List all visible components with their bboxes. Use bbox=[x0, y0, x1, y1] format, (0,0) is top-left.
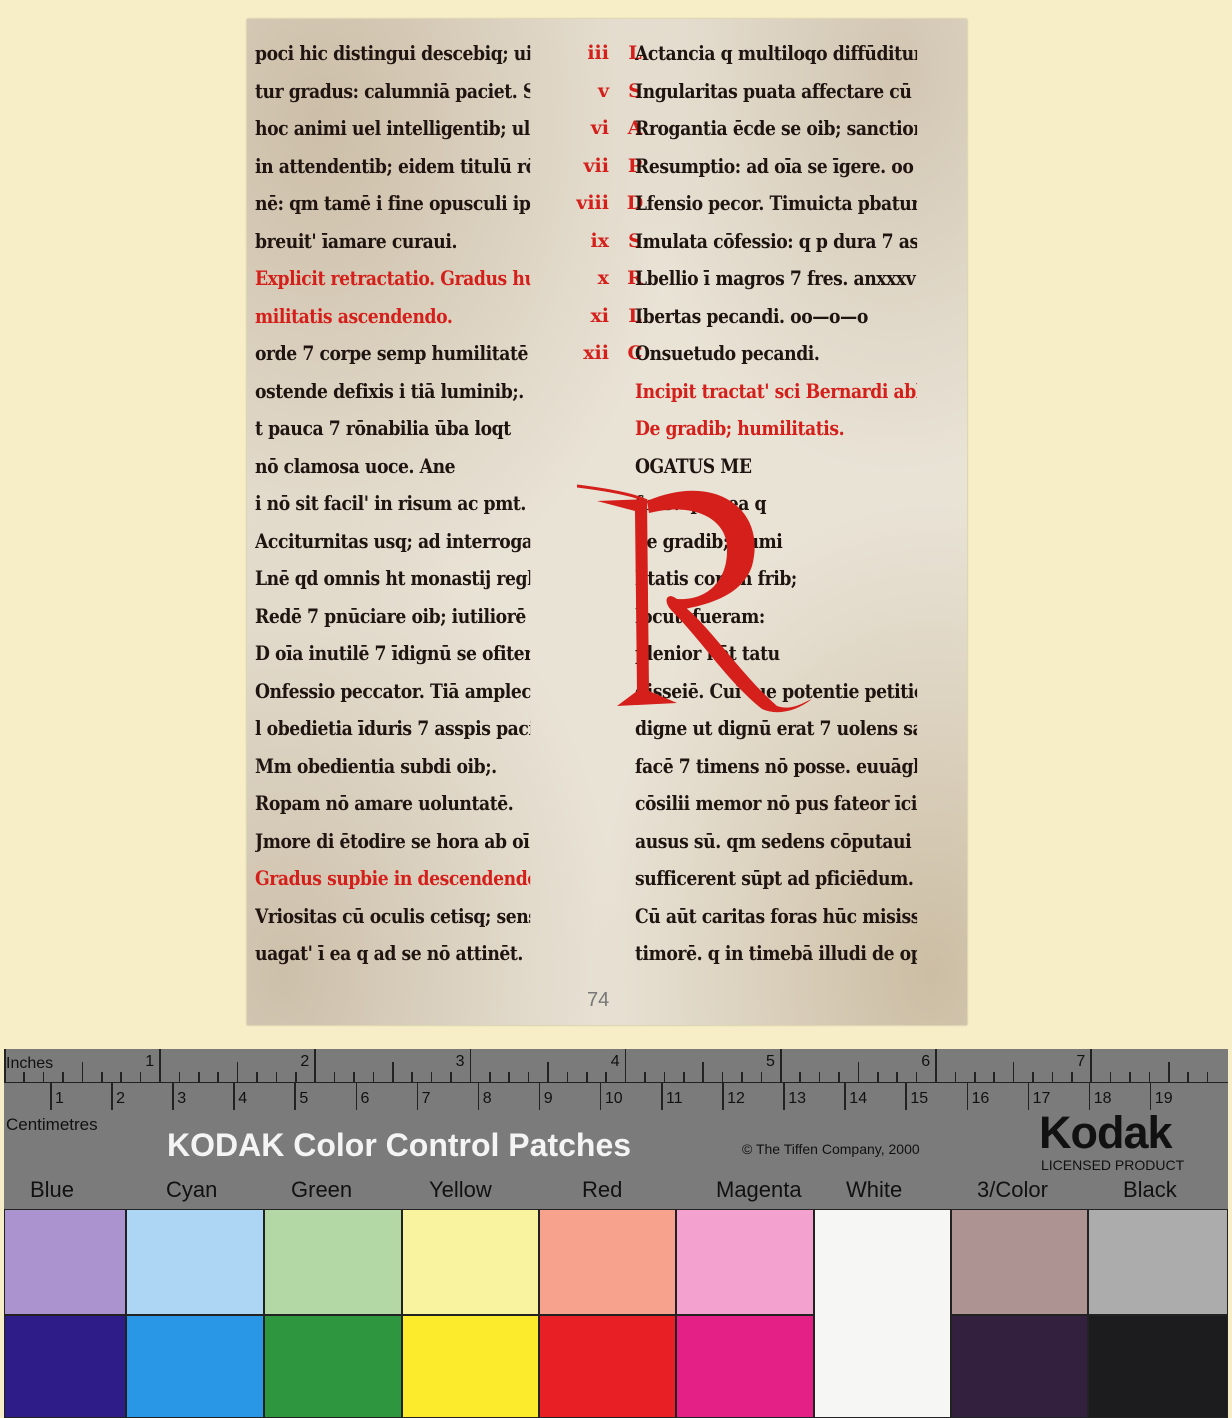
color-patch-dark bbox=[126, 1315, 264, 1418]
ruler-tick bbox=[974, 1072, 976, 1082]
ruler-tick bbox=[392, 1062, 394, 1082]
patch-label: Red bbox=[582, 1177, 622, 1203]
color-patch-dark bbox=[4, 1315, 126, 1418]
text-line: Resumptio: ad oīa se īgere. oo bbox=[635, 148, 917, 186]
text-line: militatis ascendendo. bbox=[255, 298, 530, 336]
cm-number: 11 bbox=[666, 1090, 683, 1108]
margin-mark: v bbox=[565, 73, 609, 111]
color-patch-light bbox=[539, 1209, 676, 1315]
ruler-tick bbox=[722, 1072, 724, 1082]
cm-number: 14 bbox=[849, 1090, 867, 1108]
text-line: t pauca 7 rōnabilia ūba loqt bbox=[255, 410, 530, 448]
illuminated-initial-r bbox=[577, 471, 827, 721]
cm-number: 7 bbox=[422, 1090, 431, 1108]
margin-mark: vii bbox=[565, 148, 609, 186]
ruler-tick bbox=[586, 1072, 588, 1082]
patch-label: Yellow bbox=[429, 1177, 492, 1203]
ruler-tick bbox=[896, 1072, 898, 1082]
ruler-tick bbox=[334, 1072, 336, 1082]
text-line: orde 7 corpe semp humilitatē bbox=[255, 335, 530, 373]
cm-number: 4 bbox=[238, 1090, 247, 1108]
cm-number: 13 bbox=[788, 1090, 806, 1108]
manuscript-leaf: poci hic distingui descebiq; uidētur gra… bbox=[247, 19, 967, 1025]
folio-number: 74 bbox=[587, 989, 609, 1012]
ruler-tick bbox=[111, 1082, 113, 1110]
ruler-tick bbox=[276, 1072, 278, 1082]
ruler-tick bbox=[120, 1072, 122, 1082]
text-line: breuit' īamare curaui. bbox=[255, 223, 530, 261]
ruler-tick bbox=[4, 1049, 6, 1082]
color-patch-light bbox=[1088, 1209, 1228, 1315]
ruler-tick bbox=[508, 1072, 510, 1082]
cm-number: 3 bbox=[177, 1090, 186, 1108]
ruler-tick bbox=[1052, 1072, 1054, 1082]
ruler-tick bbox=[539, 1082, 541, 1110]
ruler-tick bbox=[62, 1072, 64, 1082]
ruler-tick bbox=[1149, 1072, 1151, 1082]
margin-mark: ix bbox=[565, 223, 609, 261]
color-patch-dark bbox=[402, 1315, 539, 1418]
text-line: ostende defixis i tiā luminib;. bbox=[255, 373, 530, 411]
inch-number: 6 bbox=[921, 1053, 930, 1071]
ruler-tick bbox=[470, 1049, 472, 1082]
ruler-tick bbox=[877, 1072, 879, 1082]
ruler-tick bbox=[1207, 1072, 1209, 1082]
ruler-tick bbox=[858, 1062, 860, 1082]
color-patch-dark bbox=[1088, 1315, 1228, 1418]
color-patches bbox=[4, 1209, 1228, 1418]
ruler-tick bbox=[1110, 1072, 1112, 1082]
ruler-tick bbox=[702, 1062, 704, 1082]
text-line: ausus sū. qm sedens cōputaui si bbox=[635, 823, 917, 861]
ruler-tick bbox=[23, 1072, 25, 1082]
text-line: Vriositas cū oculis cetisq; sensib; bbox=[255, 898, 530, 936]
inches-label: Inches bbox=[6, 1055, 53, 1073]
color-patch-dark bbox=[539, 1315, 676, 1418]
color-patch-dark bbox=[264, 1315, 402, 1418]
text-line: nē: qm tamē i fine opusculi ipē bbox=[255, 185, 530, 223]
inch-number: 4 bbox=[611, 1053, 620, 1071]
text-line: Explicit retractatio. Gradus hu bbox=[255, 260, 530, 298]
centimetres-label: Centimetres bbox=[6, 1115, 98, 1135]
ruler-tick bbox=[1168, 1062, 1170, 1082]
ruler-tick bbox=[417, 1082, 419, 1110]
text-line: cōsilii memor nō pus fateor īcipē bbox=[635, 785, 917, 823]
ruler-tick bbox=[256, 1072, 258, 1082]
ruler-tick bbox=[780, 1049, 782, 1082]
ruler-tick bbox=[993, 1072, 995, 1082]
patch-label: Black bbox=[1123, 1177, 1177, 1203]
text-line: nō clamosa uoce. Ane bbox=[255, 448, 530, 486]
color-patch-dark bbox=[676, 1315, 814, 1418]
ruler-tick bbox=[644, 1072, 646, 1082]
ruler-tick bbox=[172, 1082, 174, 1110]
copyright: © The Tiffen Company, 2000 bbox=[742, 1141, 920, 1157]
ruler-tick bbox=[198, 1072, 200, 1082]
cm-number: 15 bbox=[910, 1090, 928, 1108]
ruler-tick bbox=[314, 1049, 316, 1082]
text-line: De gradib; humilitatis. bbox=[635, 410, 917, 448]
text-line: Gradus supbie in descendendo. bbox=[255, 860, 530, 898]
inch-number: 2 bbox=[300, 1053, 309, 1071]
ruler-tick bbox=[431, 1072, 433, 1082]
ruler-tick bbox=[1071, 1072, 1073, 1082]
cm-number: 1 bbox=[55, 1090, 64, 1108]
text-line: Ingularitas puata affectare cū glā bbox=[635, 73, 917, 111]
ruler-tick bbox=[1089, 1082, 1091, 1110]
ruler-tick bbox=[683, 1072, 685, 1082]
patch-labels: BlueCyanGreenYellowRedMagentaWhite3/Colo… bbox=[4, 1173, 1228, 1207]
color-patch-dark bbox=[951, 1315, 1088, 1418]
text-line: Ropam nō amare uoluntatē. bbox=[255, 785, 530, 823]
ruler-tick bbox=[799, 1072, 801, 1082]
text-line: Onfessio peccator. Tiā amplecti. bbox=[255, 673, 530, 711]
margin-mark: vi bbox=[565, 110, 609, 148]
cm-number: 5 bbox=[299, 1090, 308, 1108]
text-line: Lnē qd omnis ht monastij reglā. bbox=[255, 560, 530, 598]
patch-label: Cyan bbox=[166, 1177, 217, 1203]
margin-numerals: iiivviviiviiiixxxixii bbox=[565, 35, 609, 373]
cm-number: 2 bbox=[116, 1090, 125, 1108]
ruler-tick bbox=[625, 1049, 627, 1082]
text-line: Acciturnitas usq; ad interrogatō bbox=[255, 523, 530, 561]
ruler-tick bbox=[1028, 1082, 1030, 1110]
inch-ruler: Inches 12345678 bbox=[4, 1049, 1228, 1083]
inch-number: 1 bbox=[145, 1053, 154, 1071]
inch-number: 7 bbox=[1076, 1053, 1085, 1071]
ruler-tick bbox=[844, 1082, 846, 1110]
text-line: Lfensio pecor. Timuicta pbatur: bbox=[635, 185, 917, 223]
patch-label: Magenta bbox=[716, 1177, 802, 1203]
ruler-tick bbox=[664, 1072, 666, 1082]
ruler-tick bbox=[547, 1062, 549, 1082]
ruler-tick bbox=[217, 1072, 219, 1082]
ruler-tick bbox=[233, 1082, 235, 1110]
ruler-tick bbox=[179, 1072, 181, 1082]
ruler-tick bbox=[140, 1072, 142, 1082]
ruler-tick bbox=[935, 1049, 937, 1082]
cm-number: 16 bbox=[972, 1090, 990, 1108]
cm-number: 12 bbox=[727, 1090, 745, 1108]
text-line: D oīa inutilē 7 īdignū se ofiteri. bbox=[255, 635, 530, 673]
ruler-tick bbox=[450, 1072, 452, 1082]
ruler-tick bbox=[1129, 1072, 1131, 1082]
color-patch-light bbox=[4, 1209, 126, 1315]
text-line: sufficerent sūpt ad pficiēdum. bbox=[635, 860, 917, 898]
text-line: poci hic distingui descebiq; uidē bbox=[255, 35, 530, 73]
text-line: hoc animi uel intelligentib; ul' bbox=[255, 110, 530, 148]
ruler-tick bbox=[101, 1072, 103, 1082]
cm-number: 19 bbox=[1155, 1090, 1173, 1108]
patch-label: White bbox=[846, 1177, 902, 1203]
text-line: Incipit tractat' sci Bernardi abb bbox=[635, 373, 917, 411]
ruler-tick bbox=[294, 1082, 296, 1110]
ruler-tick bbox=[761, 1072, 763, 1082]
text-line: Redē 7 pnūciare oib; iutiliorē ēē. bbox=[255, 598, 530, 636]
ruler-tick bbox=[373, 1072, 375, 1082]
ruler-tick bbox=[353, 1072, 355, 1082]
inch-number: 5 bbox=[766, 1053, 775, 1071]
ruler-tick bbox=[478, 1082, 480, 1110]
ruler-tick bbox=[1013, 1062, 1015, 1082]
patch-label: Green bbox=[291, 1177, 352, 1203]
ruler-tick bbox=[237, 1062, 239, 1082]
text-line: uagat' ī ea q ad se nō attinēt. bbox=[255, 935, 530, 973]
text-line: Cū aūt caritas foras hūc misisset bbox=[635, 898, 917, 936]
text-line: facē 7 timens nō posse. euuāglii bbox=[635, 748, 917, 786]
margin-mark: viii bbox=[565, 185, 609, 223]
patch-label: Blue bbox=[30, 1177, 74, 1203]
ruler-tick bbox=[605, 1072, 607, 1082]
cm-number: 17 bbox=[1033, 1090, 1051, 1108]
text-line: Jmore di ētodire se hora ab oī pcō. bbox=[255, 823, 530, 861]
ruler-tick bbox=[1032, 1072, 1034, 1082]
color-patch-light bbox=[264, 1209, 402, 1315]
cm-number: 10 bbox=[605, 1090, 623, 1108]
ruler-tick bbox=[295, 1072, 297, 1082]
text-line: Rrogantia ēcde se oib; sanctiorē ēē. bbox=[635, 110, 917, 148]
ruler-tick bbox=[661, 1082, 663, 1110]
color-patch-light bbox=[951, 1209, 1088, 1315]
text-line: Onsuetudo pecandi. bbox=[635, 335, 917, 373]
cm-number: 8 bbox=[483, 1090, 492, 1108]
text-line: l obedietia īduris 7 asspis paciē bbox=[255, 710, 530, 748]
ruler-tick bbox=[50, 1082, 52, 1110]
text-line: Imulata cōfessio: q p dura 7 asspa bbox=[635, 223, 917, 261]
text-line: Lbellio ī magros 7 fres. anxxxv bbox=[635, 260, 917, 298]
color-patch-light bbox=[402, 1209, 539, 1315]
licensed-product: LICENSED PRODUCT bbox=[1041, 1157, 1184, 1173]
ruler-tick bbox=[905, 1082, 907, 1110]
ruler-tick bbox=[600, 1082, 602, 1110]
color-patch-white bbox=[814, 1209, 951, 1418]
ruler-tick bbox=[967, 1082, 969, 1110]
color-patch-light bbox=[676, 1209, 814, 1315]
ruler-tick bbox=[916, 1072, 918, 1082]
ruler-tick bbox=[1187, 1072, 1189, 1082]
left-text-column: poci hic distingui descebiq; uidētur gra… bbox=[255, 35, 575, 973]
ruler-tick bbox=[43, 1072, 45, 1082]
text-line: i nō sit facil' in risum ac pmt. bbox=[255, 485, 530, 523]
color-patch-light bbox=[126, 1209, 264, 1315]
text-line: tur gradus: calumniā paciet. Set bbox=[255, 73, 530, 111]
ruler-tick bbox=[528, 1072, 530, 1082]
ruler-tick bbox=[82, 1062, 84, 1082]
ruler-tick bbox=[722, 1082, 724, 1110]
ruler-tick bbox=[955, 1072, 957, 1082]
text-line: Ibertas pecandi. oo—o—o bbox=[635, 298, 917, 336]
margin-mark: xii bbox=[565, 335, 609, 373]
kodak-color-card: Inches 12345678 123456789101112131415161… bbox=[4, 1049, 1228, 1418]
cm-number: 18 bbox=[1094, 1090, 1112, 1108]
text-line: Actancia q multiloqo diffūditur: bbox=[635, 35, 917, 73]
text-line: Mm obedientia subdi oib;. bbox=[255, 748, 530, 786]
ruler-tick bbox=[356, 1082, 358, 1110]
ruler-tick bbox=[838, 1072, 840, 1082]
ruler-tick bbox=[489, 1072, 491, 1082]
text-line: in attendentib; eidem titulū rō bbox=[255, 148, 530, 186]
ruler-tick bbox=[159, 1049, 161, 1082]
ruler-tick bbox=[741, 1072, 743, 1082]
ruler-tick bbox=[567, 1072, 569, 1082]
margin-mark: iii bbox=[565, 35, 609, 73]
ruler-tick bbox=[819, 1072, 821, 1082]
margin-mark: x bbox=[565, 260, 609, 298]
cm-number: 9 bbox=[544, 1090, 553, 1108]
ruler-tick bbox=[1090, 1049, 1092, 1082]
inch-number: 3 bbox=[456, 1053, 465, 1071]
ruler-tick bbox=[783, 1082, 785, 1110]
kodak-logo: Kodak bbox=[1039, 1107, 1172, 1159]
ruler-tick bbox=[1150, 1082, 1152, 1110]
margin-mark: xi bbox=[565, 298, 609, 336]
text-line: timorē. q in timebā illudi de ope bbox=[635, 935, 917, 973]
card-title: KODAK Color Control Patches bbox=[167, 1127, 631, 1164]
cm-number: 6 bbox=[361, 1090, 370, 1108]
patch-label: 3/Color bbox=[977, 1177, 1048, 1203]
ruler-tick bbox=[411, 1072, 413, 1082]
